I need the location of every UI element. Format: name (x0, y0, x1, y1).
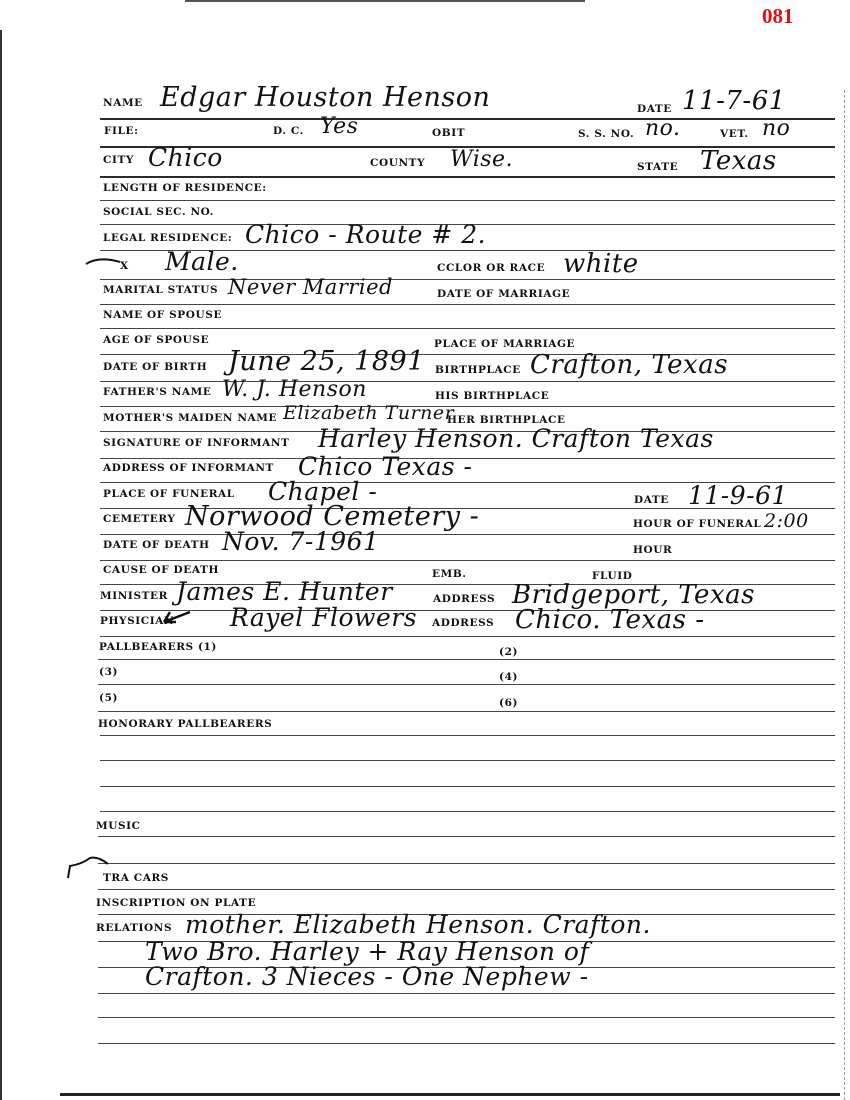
value-color-or-race[interactable]: white (563, 249, 639, 279)
rule-minister (100, 610, 835, 611)
rule-spouse (100, 328, 835, 329)
value-minister[interactable]: James E. Hunter (176, 577, 393, 606)
value-mothers-maiden-name[interactable]: Elizabeth Turner (283, 402, 454, 424)
label-pallbearers-2: (2) (499, 646, 518, 658)
value-legal-residence[interactable]: Chico - Route # 2. (245, 220, 486, 249)
value-hour-of-funeral[interactable]: 2:00 (764, 510, 809, 532)
label-legal-residence: LEGAL RESIDENCE: (103, 232, 232, 244)
label-extra-cars: TRA CARS (103, 872, 169, 884)
label-place-of-marriage: PLACE OF MARRIAGE (434, 338, 575, 350)
rule-physician (100, 636, 835, 637)
rule-music (98, 836, 835, 837)
label-name: NAME (103, 97, 143, 109)
label-address-of-informant: ADDRESS OF INFORMANT (103, 462, 274, 474)
label-color-or-race: CCLOR OR RACE (437, 262, 545, 274)
label-his-birthplace: HIS BIRTHPLACE (435, 390, 549, 402)
rule-cemetery (100, 534, 835, 535)
rule-honorary-4 (100, 811, 835, 812)
value-city[interactable]: Chico (148, 143, 223, 172)
label-birthplace: BIRTHPLACE (435, 364, 521, 376)
label-relations: RELATIONS (96, 922, 172, 934)
label-sex: X (120, 260, 129, 272)
label-place-of-funeral: PLACE OF FUNERAL (103, 488, 235, 500)
scan-edge-left (0, 30, 2, 1100)
label-physician-address: ADDRESS (432, 617, 494, 629)
value-date-of-death[interactable]: Nov. 7-1961 (222, 527, 379, 556)
rule-relations-4 (98, 1017, 835, 1018)
rule-dob (100, 381, 835, 382)
rule-extra-cars (98, 889, 835, 890)
label-music: MUSIC (96, 820, 141, 832)
label-date-of-marriage: DATE OF MARRIAGE (437, 288, 570, 300)
rule-date-death (100, 560, 835, 561)
label-dc: D. C. (273, 125, 304, 137)
value-vet[interactable]: no (762, 116, 790, 141)
label-state: STATE (637, 161, 678, 173)
value-physician-address[interactable]: Chico. Texas - (515, 605, 705, 635)
label-cause-of-death: CAUSE OF DEATH (103, 564, 219, 576)
scan-edge-bottom (60, 1093, 840, 1096)
label-obit: OBIT (432, 127, 465, 139)
value-county[interactable]: Wise. (450, 147, 513, 172)
value-funeral-date[interactable]: 11-9-61 (688, 481, 788, 510)
label-file: FILE: (104, 125, 139, 137)
label-ss-no: S. S. NO. (578, 128, 634, 140)
label-name-of-spouse: NAME OF SPOUSE (103, 309, 222, 321)
rule-honorary-2 (100, 760, 835, 761)
label-emb: EMB. (432, 568, 467, 580)
label-minister: MINISTER (100, 590, 168, 602)
rule-father (100, 406, 835, 407)
rule-residence (100, 200, 835, 201)
label-date-of-birth: DATE OF BIRTH (103, 361, 207, 373)
label-county: COUNTY (370, 157, 425, 169)
label-pallbearers-6: (6) (499, 697, 518, 709)
label-date: DATE (637, 103, 672, 115)
value-signature-of-informant[interactable]: Harley Henson. Crafton Texas (318, 424, 714, 453)
rule-name (100, 118, 835, 120)
value-physician[interactable]: Rayel Flowers (230, 603, 417, 632)
arrow-mark (160, 606, 200, 626)
rule-honorary-1 (100, 735, 835, 736)
value-birthplace[interactable]: Crafton, Texas (530, 350, 728, 380)
rule-music-2 (98, 863, 835, 864)
label-age-of-spouse: AGE OF SPOUSE (103, 334, 209, 346)
value-relations-line-1[interactable]: mother. Elizabeth Henson. Crafton. (185, 910, 651, 939)
scan-edge-right (844, 90, 846, 1100)
rule-pallbearers-5 (98, 711, 835, 712)
label-cemetery: CEMETERY (103, 513, 176, 525)
value-marital-status[interactable]: Never Married (228, 275, 393, 299)
rule-pallbearers-3 (98, 684, 835, 685)
label-pallbearers-4: (4) (499, 671, 518, 683)
page-number: 081 (762, 4, 794, 29)
value-sex[interactable]: Male. (165, 247, 239, 276)
value-date[interactable]: 11-7-61 (682, 86, 786, 116)
value-ss-no[interactable]: no. (645, 116, 681, 141)
label-pallbearers-1: PALLBEARERS (1) (99, 641, 217, 653)
value-name[interactable]: Edgar Houston Henson (160, 82, 490, 113)
label-pallbearers-5: (5) (99, 692, 118, 704)
label-fathers-name: FATHER'S NAME (103, 386, 212, 398)
rule-honorary-3 (100, 786, 835, 787)
value-relations-line-3[interactable]: Crafton. 3 Nieces - One Nephew - (145, 962, 589, 991)
label-length-of-residence: LENGTH OF RESIDENCE: (103, 182, 267, 194)
label-date-of-death: DATE OF DEATH (103, 539, 210, 551)
label-social-sec-no: SOCIAL SEC. NO. (103, 206, 214, 218)
rule-relations-3 (98, 993, 835, 994)
value-state[interactable]: Texas (700, 146, 777, 176)
rule-city (100, 176, 835, 178)
label-funeral-date: DATE (634, 494, 669, 506)
torn-corner-mark (84, 254, 124, 268)
rule-relations-5 (98, 1043, 835, 1044)
label-pallbearers-3: (3) (99, 666, 118, 678)
rule-marital (100, 304, 835, 305)
label-honorary-pallbearers: HONORARY PALLBEARERS (98, 718, 272, 730)
scan-edge-top (185, 0, 585, 2)
label-inscription-on-plate: INSCRIPTION ON PLATE (96, 897, 256, 909)
label-hour: HOUR (633, 544, 672, 556)
value-date-of-birth[interactable]: June 25, 1891 (228, 346, 425, 377)
label-hour-of-funeral: HOUR OF FUNERAL (633, 518, 761, 530)
label-city: CITY (103, 154, 134, 166)
label-minister-address: ADDRESS (433, 593, 495, 605)
label-mothers-maiden-name: MOTHER'S MAIDEN NAME (103, 412, 277, 424)
label-signature-of-informant: SIGNATURE OF INFORMANT (103, 437, 289, 449)
value-dc[interactable]: Yes (320, 114, 358, 139)
value-fathers-name[interactable]: W. J. Henson (222, 377, 367, 402)
label-vet: VET. (720, 128, 749, 140)
label-marital-status: MARITAL STATUS (103, 284, 218, 296)
rule-sex (100, 279, 835, 280)
rule-pallbearers-1 (98, 659, 835, 660)
